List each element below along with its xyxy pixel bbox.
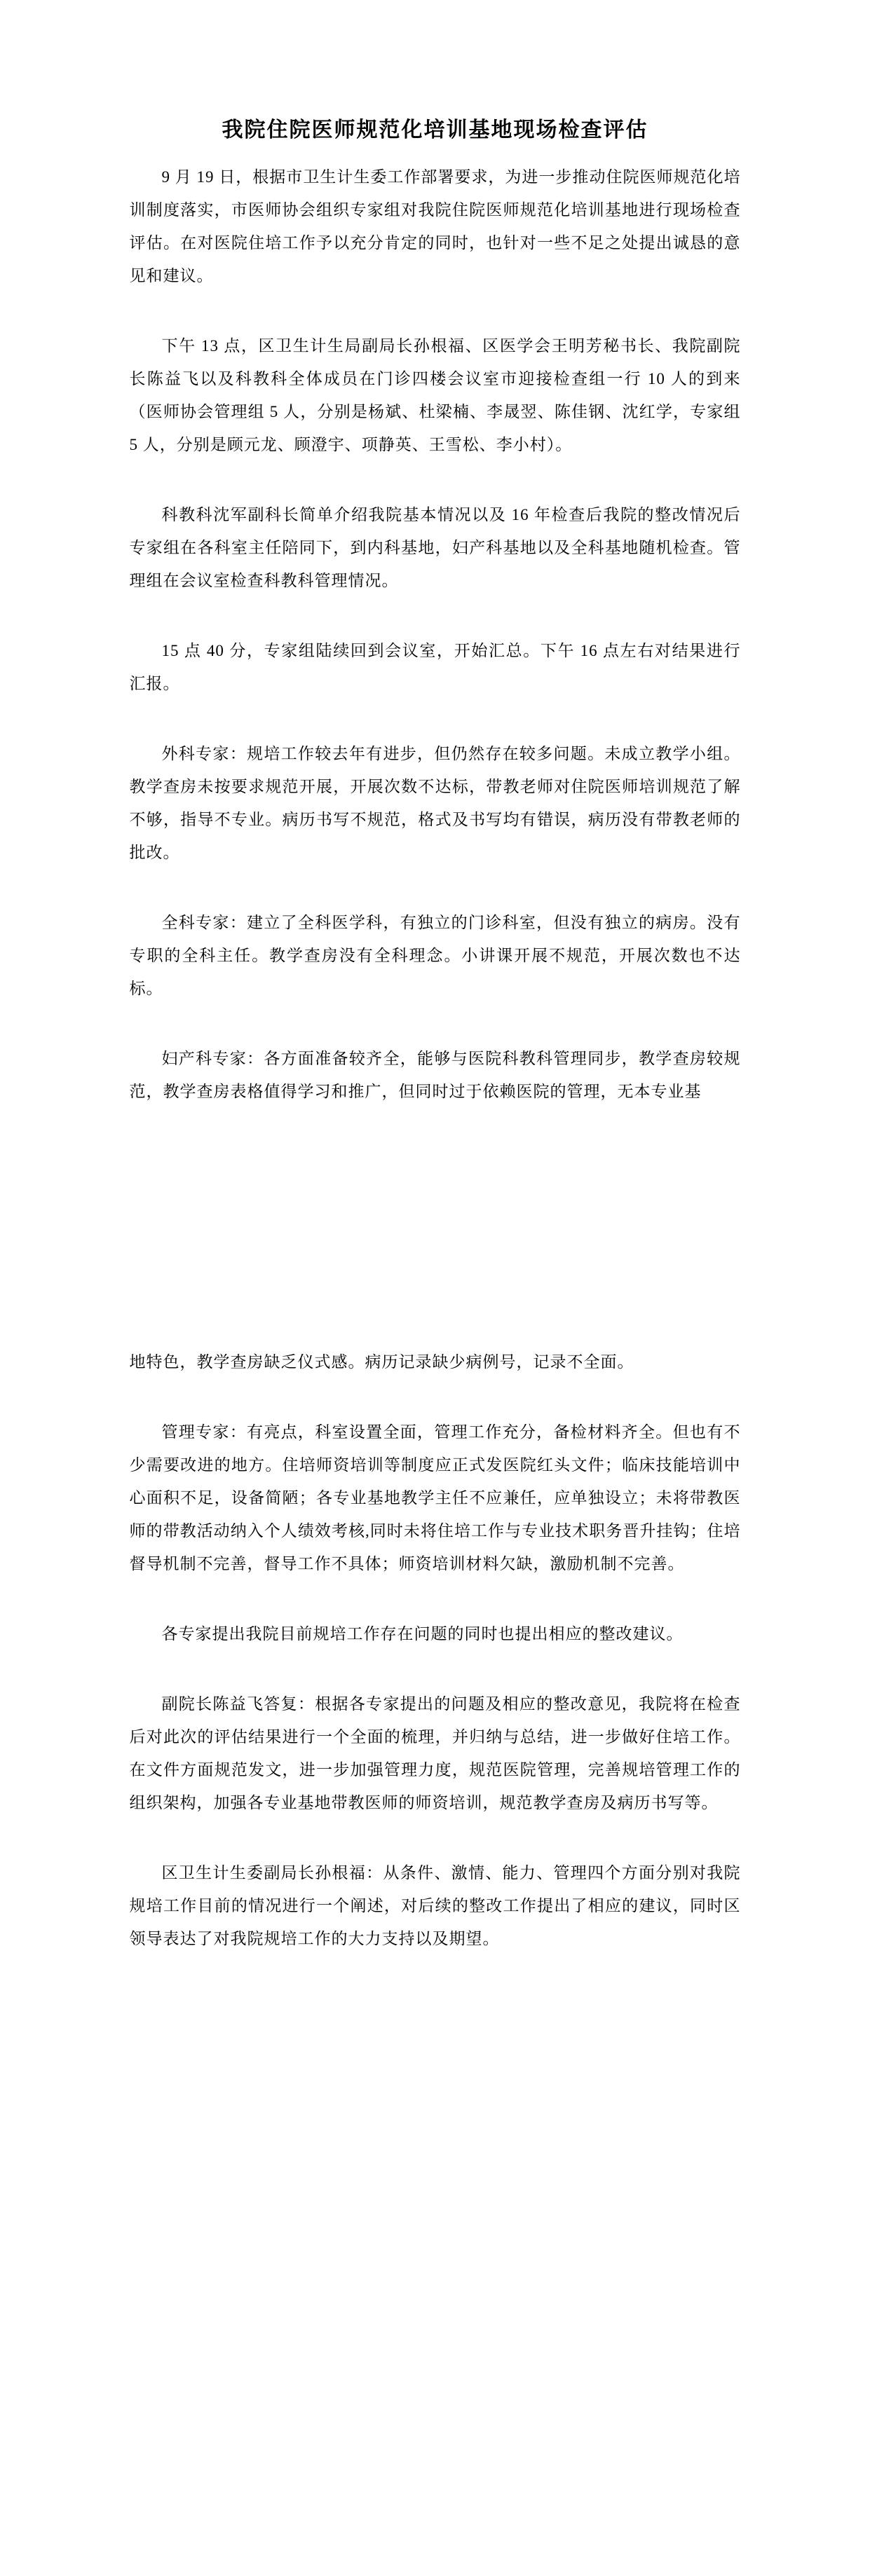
bottom-whitespace xyxy=(130,1955,741,2376)
paragraph-experts-suggestions: 各专家提出我院目前规培工作存在问题的同时也提出相应的整改建议。 xyxy=(130,1617,741,1650)
paragraph-summary-time: 15 点 40 分，专家组陆续回到会议室，开始汇总。下午 16 点左右对结果进行… xyxy=(130,634,741,700)
paragraph-intro: 9 月 19 日，根据市卫生计生委工作部署要求，为进一步推动住院医师规范化培训制… xyxy=(130,160,741,292)
paragraph-vice-president-reply: 副院长陈益飞答复：根据各专家提出的问题及相应的整改意见，我院将在检查后对此次的评… xyxy=(130,1687,741,1819)
paragraph-obgyn-expert-continuation: 地特色，教学查房缺乏仪式感。病历记录缺少病例号，记录不全面。 xyxy=(130,1345,741,1378)
paragraph-briefing: 科教科沈军副科长简单介绍我院基本情况以及 16 年检查后我院的整改情况后专家组在… xyxy=(130,498,741,597)
paragraph-deputy-director-remarks: 区卫生计生委副局长孙根福：从条件、激情、能力、管理四个方面分别对我院规培工作目前… xyxy=(130,1856,741,1955)
paragraph-obgyn-expert: 妇产科专家：各方面准备较齐全，能够与医院科教科管理同步，教学查房较规范，教学查房… xyxy=(130,1042,741,1108)
document-body: 我院住院医师规范化培训基地现场检查评估 9 月 19 日，根据市卫生计生委工作部… xyxy=(130,118,741,2376)
paragraph-management-expert: 管理专家：有亮点，科室设置全面，管理工作充分，备检材料齐全。但也有不少需要改进的… xyxy=(130,1416,741,1580)
document-page: { "colors": { "background": "#ffffff", "… xyxy=(0,118,870,2576)
paragraph-surgery-expert: 外科专家：规培工作较去年有进步，但仍然存在较多问题。未成立教学小组。教学查房未按… xyxy=(130,737,741,869)
paragraph-arrival: 下午 13 点，区卫生计生局副局长孙根福、区医学会王明芳秘书长、我院副院长陈益飞… xyxy=(130,329,741,461)
paragraph-general-practice-expert: 全科专家：建立了全科医学科，有独立的门诊科室，但没有独立的病房。没有专职的全科主… xyxy=(130,906,741,1005)
document-title: 我院住院医师规范化培训基地现场检查评估 xyxy=(130,118,741,143)
